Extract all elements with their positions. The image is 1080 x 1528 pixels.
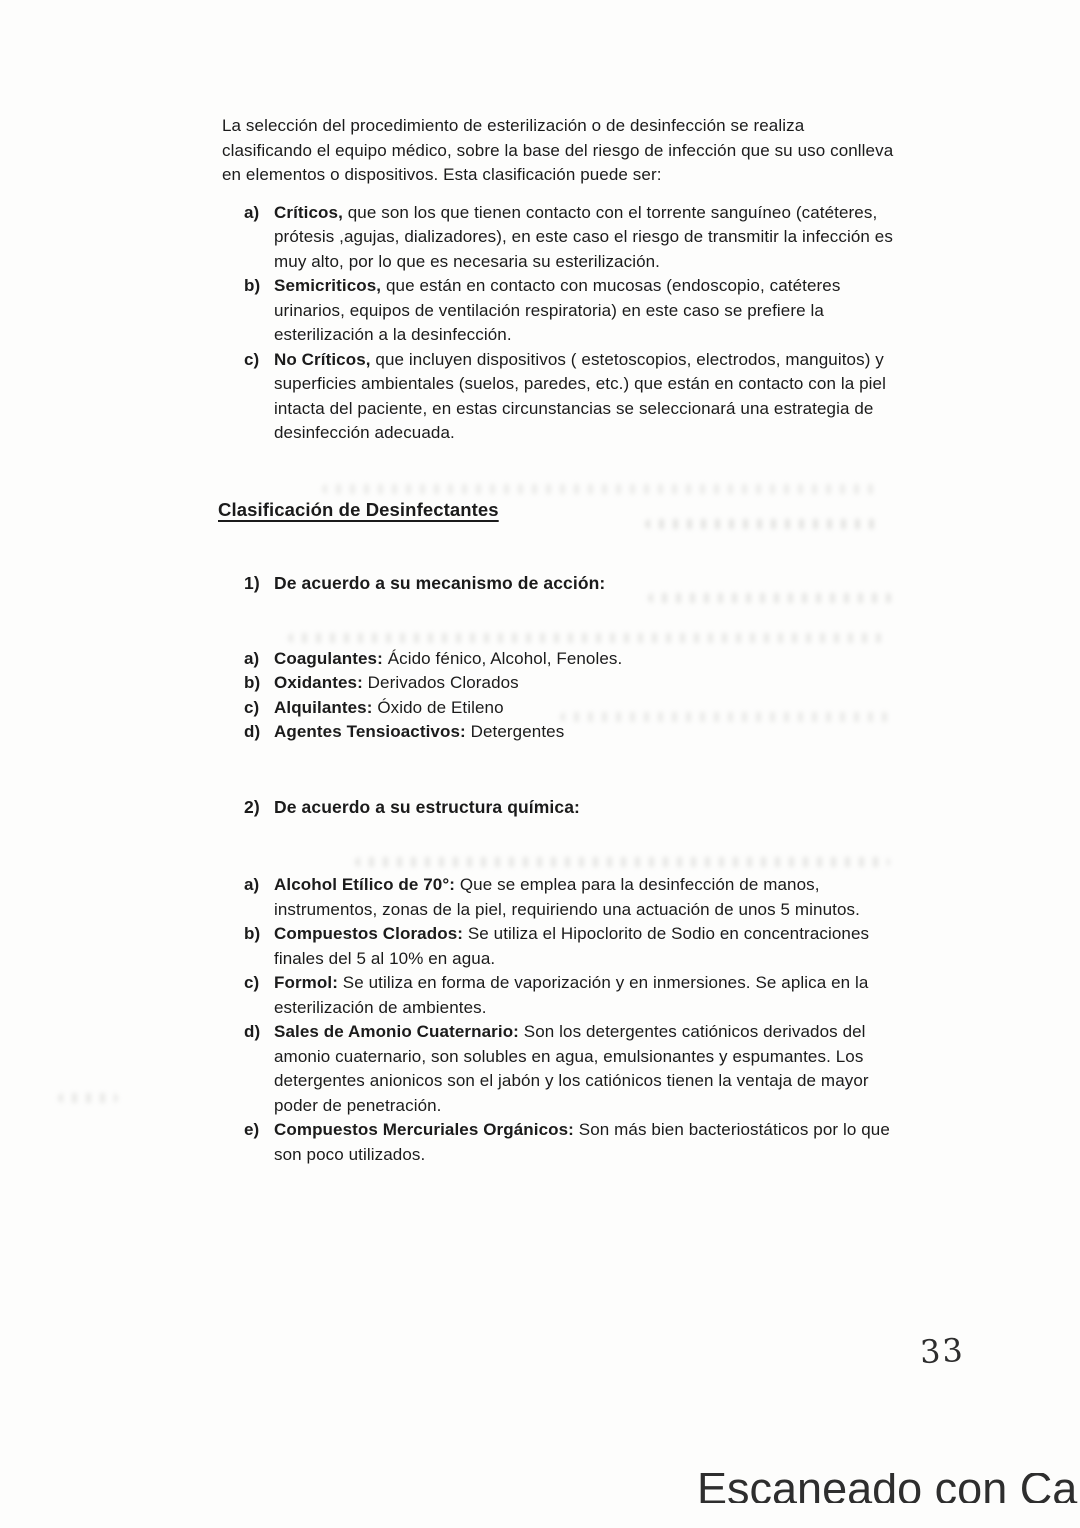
list-marker: b) [244, 671, 274, 696]
list-item-no-criticos: c) No Críticos, que incluyen dispositivo… [222, 348, 894, 446]
list-item-term: Compuestos Clorados: [274, 924, 463, 943]
list-item-text: Alcohol Etílico de 70°: Que se emplea pa… [274, 873, 894, 922]
list-item-body: Se utiliza en forma de vaporización y en… [274, 973, 868, 1017]
list-item-sales-amonio: d) Sales de Amonio Cuaternario: Son los … [222, 1020, 894, 1118]
list-item-text: Sales de Amonio Cuaternario: Son los det… [274, 1020, 894, 1118]
list-item-text: Críticos, que son los que tienen contact… [274, 201, 894, 275]
list-marker: b) [244, 274, 274, 299]
list-item-body: Óxido de Etileno [373, 698, 504, 717]
list-item-text: Semicriticos, que están en contacto con … [274, 274, 894, 348]
scan-artifact [560, 712, 890, 722]
list-item-term: Sales de Amonio Cuaternario: [274, 1022, 519, 1041]
list-item-term: Oxidantes: [274, 673, 363, 692]
mechanism-list: a) Coagulantes: Ácido fénico, Alcohol, F… [222, 647, 894, 745]
list-item-term: Coagulantes: [274, 649, 383, 668]
list-item-text: Oxidantes: Derivados Clorados [274, 671, 894, 696]
list-marker: a) [244, 201, 274, 226]
page-number: 33 [919, 1331, 966, 1371]
scan-artifact [288, 633, 883, 643]
list-marker: c) [244, 696, 274, 721]
list-item-term: Semicriticos, [274, 276, 381, 295]
list-marker: d) [244, 1020, 274, 1045]
list-item-body: Derivados Clorados [363, 673, 519, 692]
list-marker: c) [244, 971, 274, 996]
list-item-term: Alcohol Etílico de 70°: [274, 875, 455, 894]
list-item-text: Coagulantes: Ácido fénico, Alcohol, Feno… [274, 647, 894, 672]
list-item-term: Compuestos Mercuriales Orgánicos: [274, 1120, 574, 1139]
list-item-text: Compuestos Mercuriales Orgánicos: Son má… [274, 1118, 894, 1167]
list-item-body: Detergentes [466, 722, 565, 741]
list-item-term: Alquilantes: [274, 698, 373, 717]
list-item-body: Ácido fénico, Alcohol, Fenoles. [383, 649, 622, 668]
list-item-criticos: a) Críticos, que son los que tienen cont… [222, 201, 894, 275]
scan-artifact [355, 857, 890, 867]
list-item-text: Compuestos Clorados: Se utiliza el Hipoc… [274, 922, 894, 971]
list-item-body: que son los que tienen contacto con el t… [274, 203, 893, 271]
list-item-term: Agentes Tensioactivos: [274, 722, 466, 741]
list-marker: e) [244, 1118, 274, 1143]
scanned-document-page: La selección del procedimiento de esteri… [0, 0, 1080, 1528]
camscanner-watermark: Escaneado con CamScanner [697, 1473, 1080, 1503]
subsection-marker: 2) [244, 795, 274, 820]
list-item-compuestos-clorados: b) Compuestos Clorados: Se utiliza el Hi… [222, 922, 894, 971]
list-item-term: Críticos, [274, 203, 343, 222]
list-marker: c) [244, 348, 274, 373]
scan-artifact [648, 593, 893, 603]
list-item-text: Formol: Se utiliza en forma de vaporizac… [274, 971, 894, 1020]
list-item-mercuriales: e) Compuestos Mercuriales Orgánicos: Son… [222, 1118, 894, 1167]
list-item-semicriticos: b) Semicriticos, que están en contacto c… [222, 274, 894, 348]
list-item-oxidantes: b) Oxidantes: Derivados Clorados [222, 671, 894, 696]
list-marker: a) [244, 873, 274, 898]
list-item-term: Formol: [274, 973, 338, 992]
camscanner-watermark-text: Escaneado con CamScanner [697, 1473, 1080, 1503]
list-item-formol: c) Formol: Se utiliza en forma de vapori… [222, 971, 894, 1020]
list-marker: a) [244, 647, 274, 672]
subsection-title-text: De acuerdo a su estructura química: [274, 795, 580, 820]
list-marker: b) [244, 922, 274, 947]
scan-artifact [58, 1093, 118, 1103]
scan-artifact [322, 484, 882, 494]
list-marker: d) [244, 720, 274, 745]
list-item-text: No Críticos, que incluyen dispositivos (… [274, 348, 894, 446]
list-item-term: No Críticos, [274, 350, 371, 369]
list-item-text: Agentes Tensioactivos: Detergentes [274, 720, 894, 745]
subsection-marker: 1) [244, 571, 274, 596]
structure-list: a) Alcohol Etílico de 70°: Que se emplea… [222, 873, 894, 1167]
scan-artifact [645, 519, 880, 529]
subsection-mechanism-title: 1) De acuerdo a su mecanismo de acción: [222, 571, 894, 596]
intro-paragraph: La selección del procedimiento de esteri… [222, 114, 894, 188]
subsection-title-text: De acuerdo a su mecanismo de acción: [274, 571, 605, 596]
list-item-alcohol-etilico: a) Alcohol Etílico de 70°: Que se emplea… [222, 873, 894, 922]
list-item-coagulantes: a) Coagulantes: Ácido fénico, Alcohol, F… [222, 647, 894, 672]
list-item-tensioactivos: d) Agentes Tensioactivos: Detergentes [222, 720, 894, 745]
subsection-structure-title: 2) De acuerdo a su estructura química: [222, 795, 894, 820]
